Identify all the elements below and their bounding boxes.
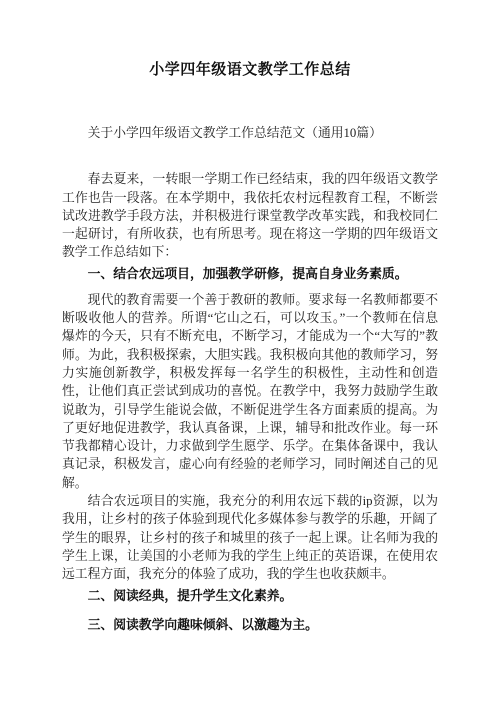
- section-1-paragraph-2: 结合农远项目的实施，我充分的利用农远下载的ip资源，以为我用，让乡村的孩子体验到…: [62, 492, 438, 583]
- section-heading-1: 一、结合农远项目，加强教学研修，提高自身业务素质。: [62, 262, 438, 287]
- document-subtitle: 关于小学四年级语文教学工作总结范文（通用10篇）: [62, 124, 438, 142]
- section-heading-2: 二、阅读经典，提升学生文化素养。: [62, 584, 438, 609]
- document-title: 小学四年级语文教学工作总结: [62, 58, 438, 82]
- document-page: 小学四年级语文教学工作总结 关于小学四年级语文教学工作总结范文（通用10篇） 春…: [0, 0, 500, 707]
- intro-paragraph: 春去夏来，一转眼一学期工作已经结束，我的四年级语文教学工作也告一段落。在本学期中…: [62, 170, 438, 261]
- section-heading-3: 三、阅读教学向趣味倾斜、以激趣为主。: [62, 613, 438, 638]
- section-1-paragraph-1: 现代的教育需要一个善于教研的教师。要求每一名教师都要不断吸收他人的营养。所谓“它…: [62, 291, 438, 492]
